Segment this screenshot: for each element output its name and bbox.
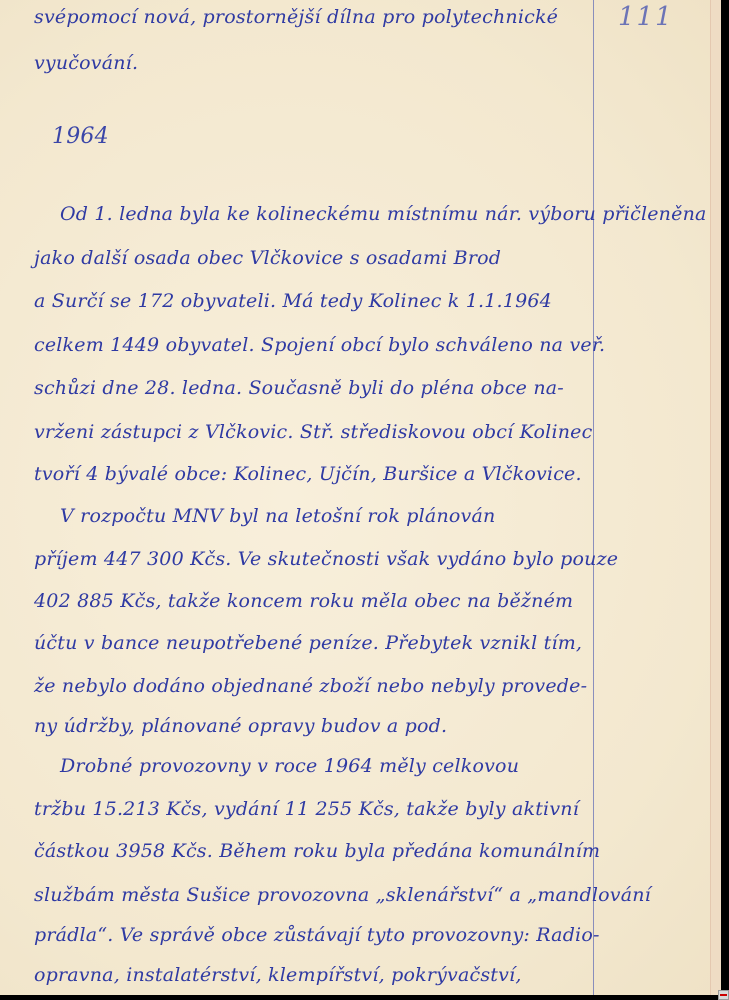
text-line: Drobné provozovny v roce 1964 měly celko… [60,755,519,777]
text-line: službám města Sušice provozovna „sklenář… [34,884,651,906]
page-edge [710,0,721,995]
text-line: částkou 3958 Kčs. Během roku byla předán… [34,840,600,862]
text-line: jako další osada obec Vlčkovice s osadam… [34,247,501,269]
text-line: tržbu 15.213 Kčs, vydání 11 255 Kčs, tak… [34,798,579,820]
text-line: ny údržby, plánované opravy budov a pod. [34,715,447,737]
text-line: schůzi dne 28. ledna. Současně byli do p… [34,377,564,399]
text-line: že nebylo dodáno objednané zboží nebo ne… [34,675,587,697]
text-line: účtu v bance neupotřebené peníze. Přebyt… [34,632,582,654]
page-number: 111 [618,2,674,32]
text-line: celkem 1449 obyvatel. Spojení obcí bylo … [34,334,605,356]
text-line: opravna, instalatérství, klempířství, po… [34,964,522,986]
text-line: příjem 447 300 Kčs. Ve skutečnosti však … [34,548,618,570]
text-line: vrženi zástupci z Vlčkovic. Stř. středis… [34,421,592,443]
text-line: 402 885 Kčs, takže koncem roku měla obec… [34,590,573,612]
text-line: tvoří 4 bývalé obce: Kolinec, Ujčín, Bur… [34,463,582,485]
year-heading: 1964 [52,124,109,149]
minimize-icon[interactable] [718,990,729,1000]
ledger-page: 111 svépomocí nová, prostornější dílna p… [0,0,720,995]
text-line: Od 1. ledna byla ke kolineckému místnímu… [60,203,707,225]
text-line: vyučování. [34,52,138,74]
text-line: a Surčí se 172 obyvateli. Má tedy Koline… [34,290,552,312]
text-line: V rozpočtu MNV byl na letošní rok plánov… [60,505,495,527]
text-line: svépomocí nová, prostornější dílna pro p… [34,6,558,28]
text-line: prádla“. Ve správě obce zůstávají tyto p… [34,924,600,946]
